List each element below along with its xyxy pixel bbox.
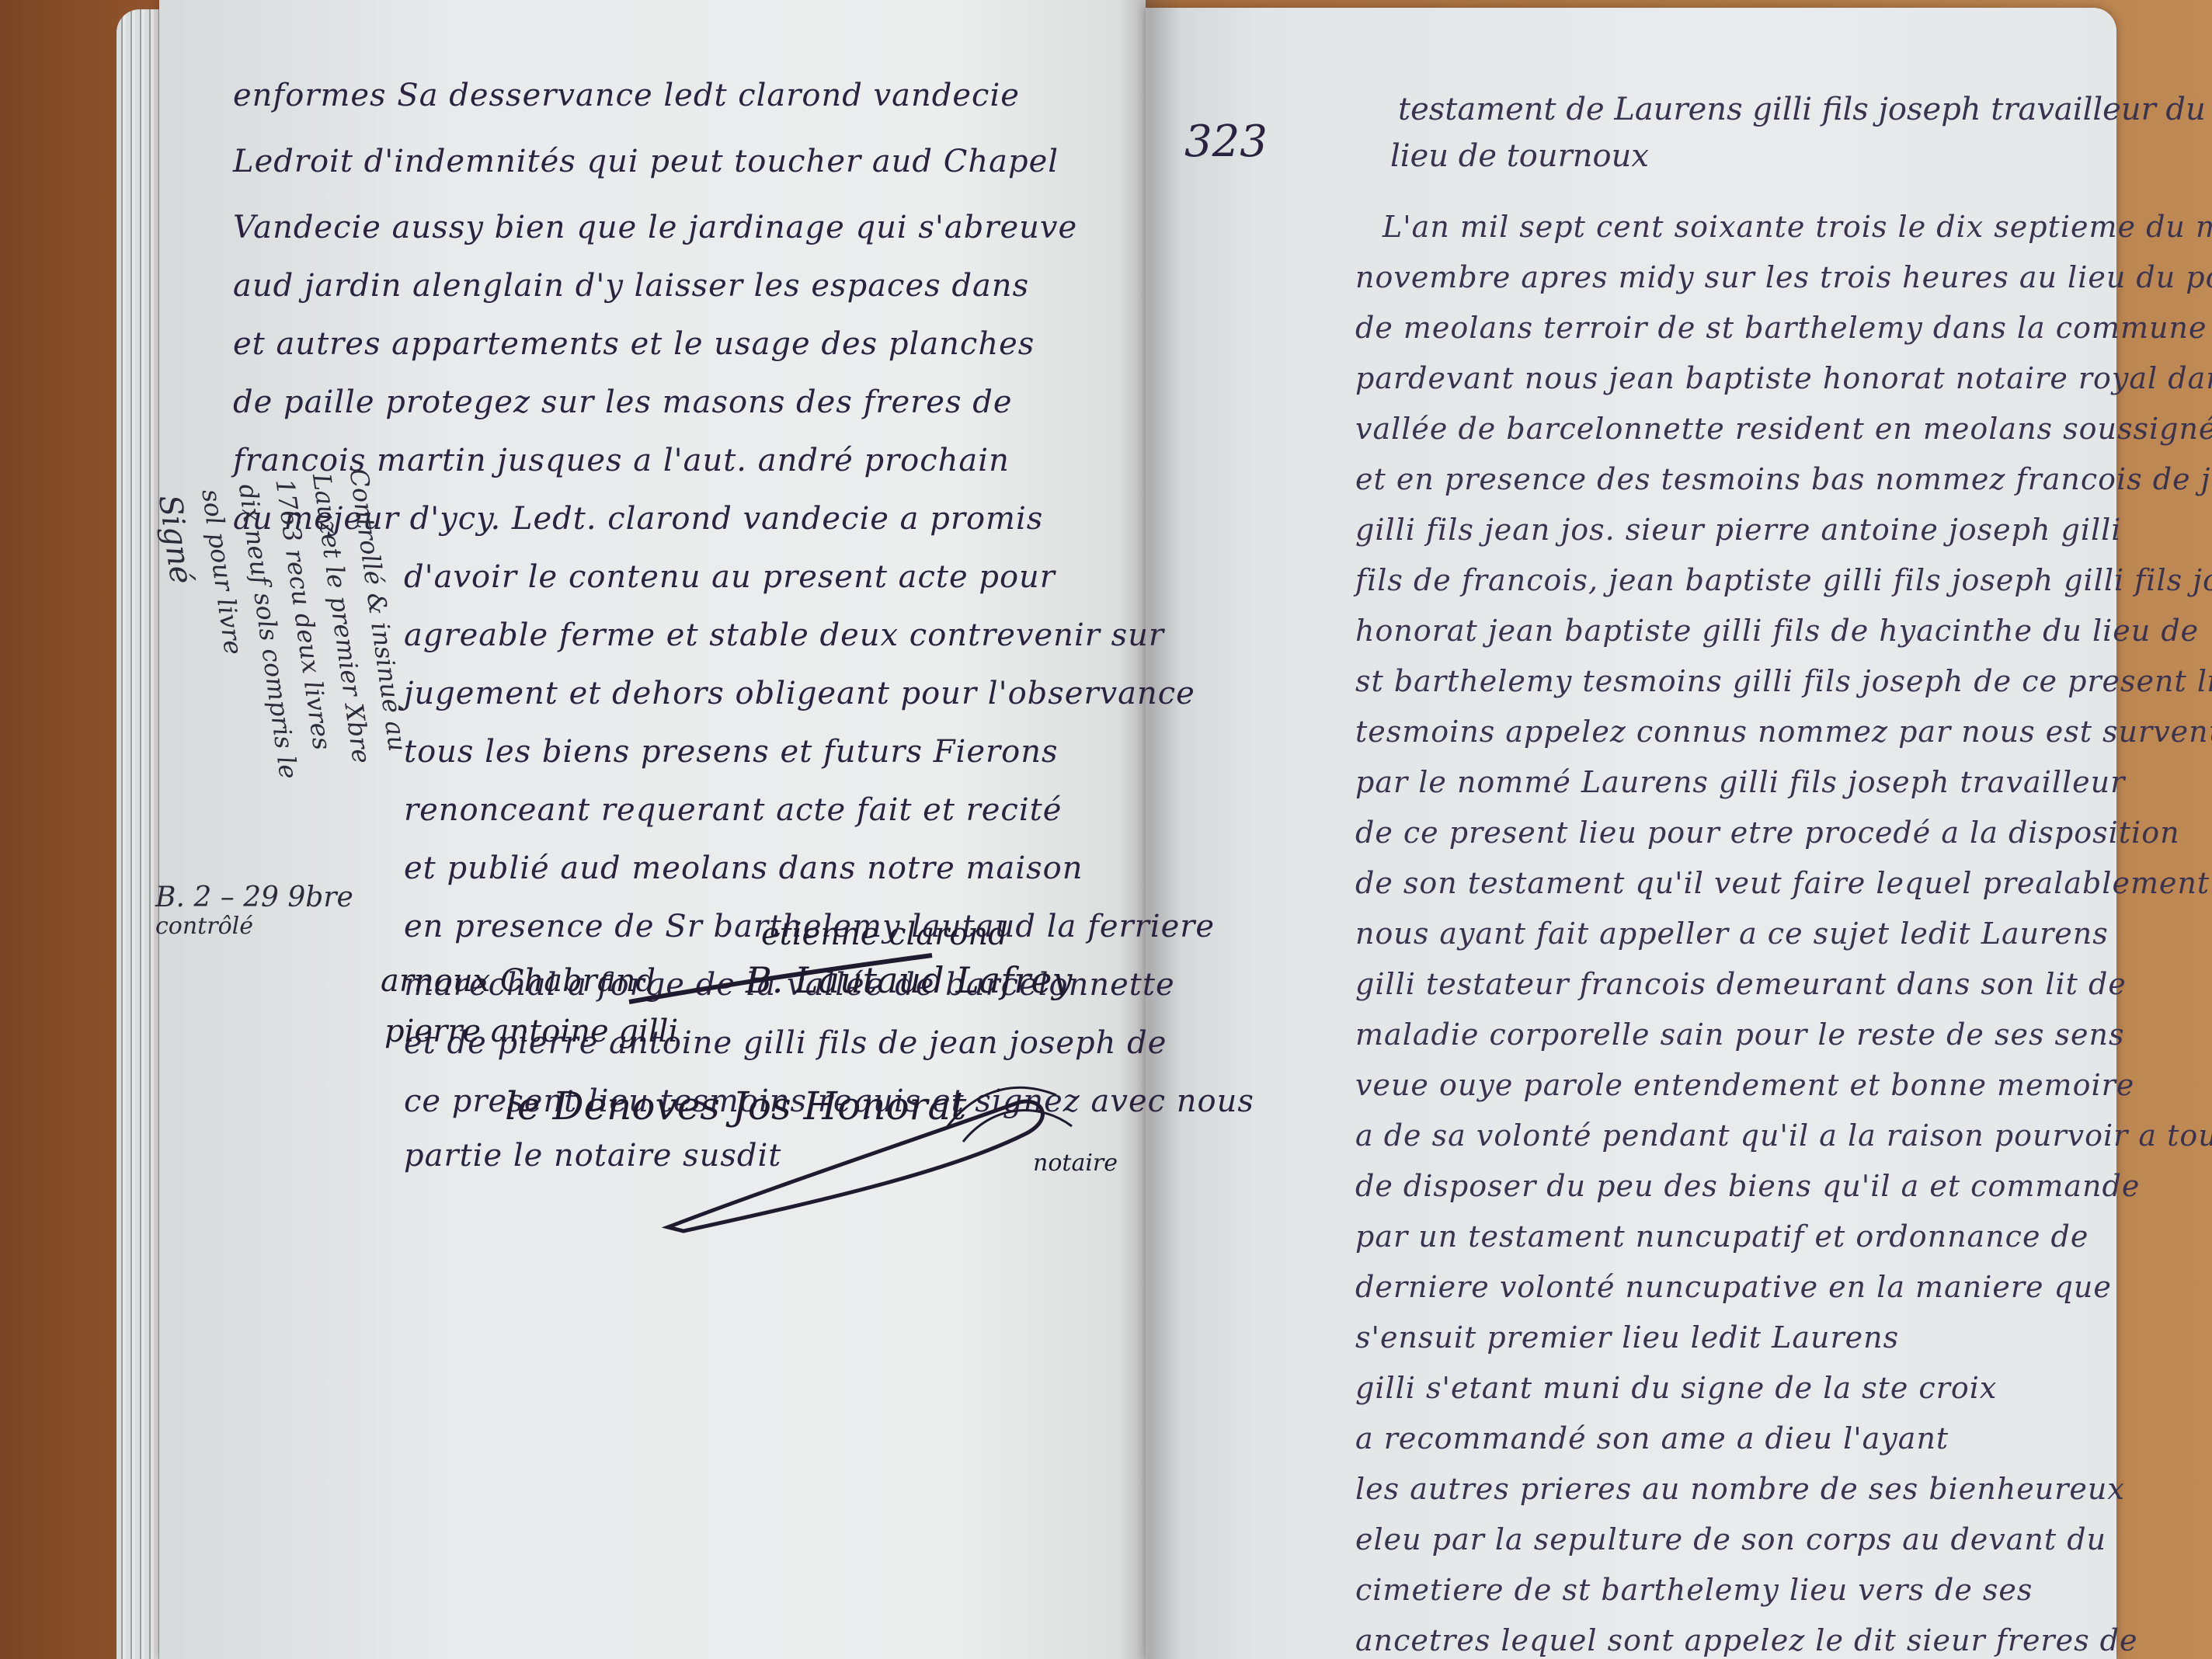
text-line: s'ensuit premier lieu ledit Laurens: [1355, 1320, 1899, 1355]
text-line: et en presence des tesmoins bas nommez f…: [1355, 462, 2212, 496]
text-line: gilli fils jean jos. sieur pierre antoin…: [1355, 513, 2121, 547]
text-line: novembre apres midy sur les trois heures…: [1355, 260, 2212, 294]
text-line: L'an mil sept cent soixante trois le dix…: [1382, 210, 2212, 244]
book-gutter: [1118, 0, 1181, 1659]
text-line: de son testament qu'il veut faire lequel…: [1355, 866, 2210, 900]
text-line: maladie corporelle sain pour le reste de…: [1355, 1017, 2125, 1052]
text-line: jugement et dehors obligeant pour l'obse…: [404, 676, 1195, 711]
text-line: Ledroit d'indemnités qui peut toucher au…: [233, 144, 1059, 179]
heading-line: testament de Laurens gilli fils joseph t…: [1398, 92, 2206, 127]
text-line: agreable ferme et stable deux contreveni…: [404, 617, 1164, 653]
text-line: pardevant nous jean baptiste honorat not…: [1355, 361, 2212, 395]
text-line: nous ayant fait appeller a ce sujet ledi…: [1355, 916, 2109, 951]
left-page: [159, 0, 1146, 1659]
text-line: gilli s'etant muni du signe de la ste cr…: [1355, 1371, 1997, 1405]
text-line: aud jardin alenglain d'y laisser les esp…: [233, 268, 1029, 304]
notary-flourish-icon: [652, 1072, 1118, 1243]
text-line: Vandecie aussy bien que le jardinage qui…: [233, 210, 1077, 245]
text-line: de disposer du peu des biens qu'il a et …: [1355, 1169, 2140, 1203]
text-line: et publié aud meolans dans notre maison: [404, 850, 1083, 886]
text-line: derniere volonté nuncupative en la manie…: [1355, 1270, 2112, 1304]
signature-underline-icon: [621, 940, 948, 1025]
text-line: honorat jean baptiste gilli fils de hyac…: [1355, 614, 2199, 648]
text-line: cimetiere de st barthelemy lieu vers de …: [1355, 1573, 2033, 1607]
text-line: les autres prieres au nombre de ses bien…: [1355, 1472, 2125, 1506]
signature-chabrand: arnoux Chabrand: [381, 963, 656, 999]
text-line: de paille protegez sur les masons des fr…: [233, 384, 1012, 420]
text-line: d'avoir le contenu au present acte pour: [404, 559, 1056, 595]
text-line: fils de francois, jean baptiste gilli fi…: [1355, 563, 2212, 597]
page-edges-stack: [117, 9, 163, 1659]
text-line: gilli testateur francois demeurant dans …: [1355, 967, 2127, 1001]
text-line: vallée de barcelonnette resident en meol…: [1355, 412, 2212, 446]
text-line: eleu par la sepulture de son corps au de…: [1355, 1522, 2106, 1556]
margin-note-label: contrôlé: [155, 913, 253, 940]
text-line: renonceant requerant acte fait et recité: [404, 792, 1062, 828]
text-line: de ce present lieu pour etre procedé a l…: [1355, 816, 2180, 850]
text-line: st barthelemy tesmoins gilli fils joseph…: [1355, 664, 2212, 698]
text-line: a de sa volonté pendant qu'il a la raiso…: [1355, 1118, 2212, 1153]
folio-number: 323: [1184, 117, 1268, 167]
text-line: de meolans terroir de st barthelemy dans…: [1355, 311, 2212, 345]
text-line: tesmoins appelez connus nommez par nous …: [1355, 715, 2212, 749]
text-line: ancetres lequel sont appelez le dit sieu…: [1355, 1623, 2137, 1657]
text-line: par un testament nuncupatif et ordonnanc…: [1355, 1219, 2089, 1254]
margin-note-date: B. 2 – 29 9bre: [155, 882, 353, 913]
text-line: a recommandé son ame a dieu l'ayant: [1355, 1421, 1949, 1456]
heading-line: lieu de tournoux: [1390, 138, 1649, 174]
text-line: et autres appartements et le usage des p…: [233, 326, 1035, 362]
text-line: tous les biens presens et futurs Fierons: [404, 734, 1058, 770]
text-line: veue ouye parole entendement et bonne me…: [1355, 1068, 2134, 1102]
text-line: enformes Sa desservance ledt clarond van…: [233, 78, 1020, 113]
text-line: par le nommé Laurens gilli fils joseph t…: [1355, 765, 2125, 799]
